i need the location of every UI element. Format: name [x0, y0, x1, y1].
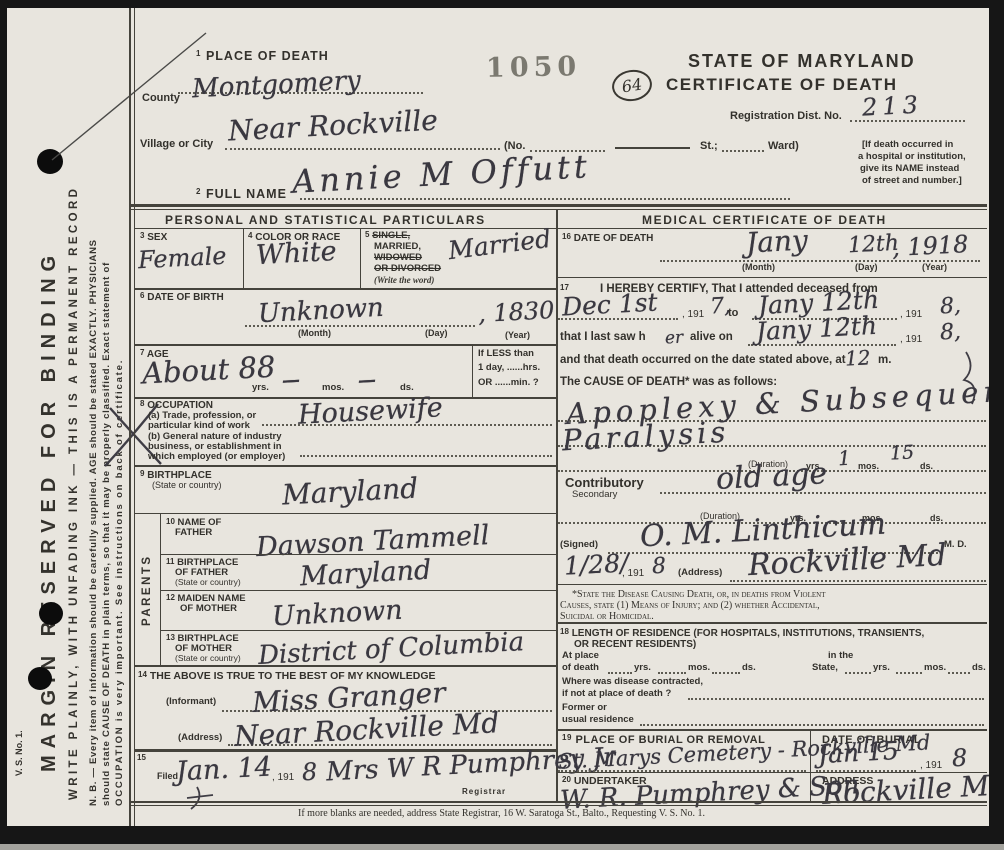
personal-title: PERSONAL AND STATISTICAL PARTICULARS [165, 214, 486, 227]
burial-num: 19 [562, 733, 572, 742]
village-st-line [722, 150, 764, 152]
contributory-value: old age [715, 459, 828, 495]
residence-title-1-text: LENGTH OF RESIDENCE (FOR HOSPITALS, INST… [572, 628, 925, 639]
dob-row-rule [135, 344, 557, 346]
parents-inner-divider [160, 513, 161, 665]
state-title: STATE OF MARYLAND [688, 52, 916, 72]
dod-year-label: (Year) [922, 263, 947, 273]
occupation-a2: particular kind of work [148, 421, 250, 431]
burial-date-value: Jan 15 [817, 738, 899, 767]
marital-num: 5 [365, 230, 369, 239]
res-contracted-1: Where was disease contracted, [562, 677, 703, 687]
birthplace-row-rule [135, 513, 557, 514]
sex-row-rule [135, 288, 557, 290]
county-label: County [142, 92, 180, 104]
fullname-value: Annie M Offutt [291, 150, 591, 198]
form-left-rule-inner [134, 8, 135, 828]
father-bp-row-rule [160, 590, 557, 591]
age-ds-dash: — [358, 372, 377, 391]
marital-single-text: SINGLE, [372, 230, 410, 241]
hospital-note-1: [If death occurred in [862, 140, 953, 150]
hospital-note-2: a hospital or institution, [858, 152, 966, 162]
residence-num: 18 [560, 627, 569, 636]
last-saw-pre: that I last saw h [560, 331, 646, 344]
punch-hole-bottom [28, 667, 52, 690]
age-less-divider [472, 344, 473, 397]
header-rule-thick [130, 204, 987, 207]
registrar-label: Registrar [462, 788, 506, 797]
occupation-b3: which employed (or employer) [148, 452, 285, 462]
last-saw-value: Jany 12th [755, 313, 877, 344]
duration1-mos: mos. [858, 462, 879, 472]
certify-to-label: to [728, 307, 738, 319]
res-in-the: in the [828, 651, 853, 661]
dob-num: 6 [140, 291, 144, 300]
md-label: M. D. [944, 540, 967, 550]
personal-title-rule [135, 228, 557, 229]
color-marital-divider [360, 228, 361, 288]
mother-maiden-l2: OF MOTHER [180, 604, 237, 614]
sex-label: 3 SEX [140, 232, 167, 243]
last-saw-her: er [665, 330, 684, 348]
sex-num: 3 [140, 231, 144, 240]
dob-year-value: , 1830 [477, 298, 554, 326]
birthplace-num: 9 [140, 469, 144, 478]
scan-outer-strip [0, 844, 1004, 850]
marital-divorced: OR DIVORCED [374, 264, 441, 274]
last-saw-post: alive on [690, 331, 733, 344]
sign-year-printed: , 191 [622, 568, 644, 579]
secondary-label: Secondary [572, 490, 617, 500]
duration1-ds-value: 15 [890, 443, 915, 463]
mother-bp-sub: (State or country) [175, 654, 241, 663]
informant-address-label: (Address) [178, 733, 222, 743]
registration-label: Registration Dist. No. [730, 110, 842, 122]
cause-footnote-1: *State the Disease Causing Death, or, in… [572, 589, 825, 600]
place-of-death-text: PLACE OF DEATH [206, 49, 329, 63]
father-name-value: Dawson Tammell [255, 522, 489, 561]
dob-year-label: (Year) [505, 331, 530, 341]
punch-hole-middle [39, 602, 63, 625]
color-value: White [255, 238, 337, 269]
margin-vs-no: V. S. No. 1. [14, 730, 24, 776]
form-bottom-rule-thin [130, 805, 987, 806]
cause-line-2: Paralysis [561, 418, 730, 456]
from-year-printed: , 191 [682, 309, 704, 320]
mother-maiden-num: 12 [166, 593, 175, 602]
occurred-label: and that death occurred on the date stat… [560, 354, 846, 367]
to-year-value: 8, [939, 295, 961, 318]
informant-label: (Informant) [166, 697, 216, 707]
signed-row-rule [557, 584, 987, 585]
res-former-2: usual residence [562, 715, 634, 725]
marital-note: (Write the word) [374, 275, 434, 285]
undertaker-num: 20 [562, 775, 571, 784]
fullname-text: FULL NAME [206, 187, 287, 201]
scan-edge-right [989, 0, 1004, 850]
village-value: Near Rockville [227, 107, 438, 146]
margin-nb-line3: OCCUPATION is very important. See instru… [114, 359, 125, 806]
scan-edge-left [0, 0, 7, 850]
occurred-value: 12 [844, 347, 870, 368]
age-mos-dash: — [282, 372, 301, 391]
res-state-yrs-line [845, 672, 871, 674]
dod-month-label: (Month) [742, 263, 775, 273]
burial-year-printed: , 191 [920, 760, 942, 771]
marital-value: Married [447, 226, 552, 263]
age-mos-label: mos. [322, 383, 344, 393]
dod-num: 16 [562, 232, 571, 241]
mother-maiden-value: Unknown [271, 597, 403, 631]
contributory-line [660, 492, 986, 494]
dob-text: DATE OF BIRTH [147, 292, 223, 303]
res-contracted-line [688, 698, 984, 700]
attest-num: 14 [138, 670, 147, 679]
occupation-value: Housewife [297, 394, 443, 429]
res-state-mos-line [896, 672, 922, 674]
last-year-value: 8, [939, 321, 961, 344]
serial-stamp: 1050 [486, 51, 582, 84]
cause-footnote-3: Suicidal or Homicidal. [560, 611, 654, 622]
margin-nb-line2: should state CAUSE OF DEATH in plain ter… [101, 262, 112, 806]
hospital-note-4: of street and number.] [862, 176, 962, 186]
certificate-title: CERTIFICATE OF DEATH [666, 76, 897, 95]
fullname-line [300, 198, 790, 200]
dod-row-rule [557, 277, 987, 278]
sex-color-divider [243, 228, 244, 288]
mother-bp-value: District of Columbia [258, 629, 525, 669]
age-less-1: If LESS than [478, 349, 534, 359]
scan-edge-top [0, 0, 1004, 8]
footer-note: If more blanks are needed, address State… [298, 808, 705, 819]
village-dash-line [615, 147, 690, 149]
age-less-2: 1 day, ......hrs. [478, 363, 540, 373]
marital-widowed: WIDOWED [374, 253, 422, 263]
res-contracted-2: if not at place of death ? [562, 689, 671, 699]
attended-from-value: Dec 1st [561, 290, 658, 320]
color-num: 4 [248, 231, 252, 240]
age-less-3: OR ......min. ? [478, 378, 539, 388]
scan-edge-bottom [0, 826, 1004, 844]
place-of-death-label: 1 PLACE OF DEATH [196, 50, 329, 64]
father-bp-sub: (State or country) [175, 578, 241, 587]
res-mos-line [658, 672, 686, 674]
res-former-line [640, 724, 984, 726]
sex-value: Female [137, 244, 227, 273]
father-num: 10 [166, 517, 175, 526]
punch-hole-top [37, 149, 63, 174]
dod-label: 16 DATE OF DEATH [562, 233, 653, 244]
footnote-bottom-rule [557, 622, 987, 624]
res-ds-label: ds. [742, 663, 756, 673]
dob-month-label: (Month) [298, 329, 331, 339]
parents-bottom-rule [135, 665, 557, 667]
circled-number: 64 [610, 67, 654, 104]
county-value: Montgomery [191, 68, 361, 103]
occupation-num: 8 [140, 399, 144, 408]
sign-address-label: (Address) [678, 568, 722, 578]
age-ds-label: ds. [400, 383, 414, 393]
res-state-ds: ds. [972, 663, 986, 673]
dod-year-value: , 1918 [891, 232, 968, 260]
res-ds-line [712, 672, 740, 674]
form-left-rule-outer [129, 8, 131, 828]
margin-nb-line1: N. B. — Every item of information should… [88, 239, 99, 806]
filed-year-value: 8 [301, 760, 318, 785]
mother-bp-num: 13 [166, 633, 175, 642]
header-rule-thin [130, 209, 987, 210]
res-state-mos: mos. [924, 663, 946, 673]
occurred-m-label: m. [878, 354, 891, 367]
father-bp-value: Maryland [299, 557, 432, 591]
res-state-ds-line [948, 672, 970, 674]
sex-text: SEX [147, 232, 167, 243]
marital-single: 5 SINGLE, [365, 231, 410, 241]
res-yrs-line [608, 672, 632, 674]
parents-label: PARENTS [141, 554, 154, 626]
res-mos-label: mos. [688, 663, 710, 673]
duration1-mos-value: 1 [837, 448, 851, 469]
residence-title-1: 18 LENGTH OF RESIDENCE (FOR HOSPITALS, I… [560, 628, 924, 639]
last-year-printed: , 191 [900, 334, 922, 345]
father-name-l2: FATHER [175, 528, 212, 538]
form-bottom-rule-thick [130, 801, 987, 803]
cause-footnote-2: Causes, state (1) Means of Injury; and (… [560, 600, 820, 611]
res-state-yrs: yrs. [873, 663, 890, 673]
father-bp-num: 11 [166, 557, 174, 566]
filed-year-printed: , 191 [272, 772, 294, 783]
margin-write-plainly: WRITE PLAINLY, WITH UNFADING INK — THIS … [68, 186, 80, 800]
res-former-1: Former or [562, 703, 607, 713]
age-yrs-label: yrs. [252, 383, 269, 393]
filed-label: Filed [157, 772, 178, 782]
residence-at-place-1: At place [562, 651, 599, 661]
occupation-row-rule [135, 465, 557, 467]
occupation-b-line [300, 455, 552, 457]
sign-address-value: Rockville Md [747, 541, 947, 581]
village-ward-label: Ward) [768, 140, 799, 152]
fullname-label: 2 FULL NAME [196, 188, 287, 202]
res-state-label: State, [812, 663, 838, 673]
residence-at-place-2: of death [562, 663, 599, 673]
res-yrs-label: yrs. [634, 663, 651, 673]
column-divider [556, 209, 558, 801]
dob-value: Unknown [257, 295, 384, 328]
residence-title-2: OR RECENT RESIDENTS) [574, 639, 696, 650]
death-certificate-scan: V. S. No. 1. MARGIN RESERVED FOR BINDING… [0, 0, 1004, 850]
duration1-ds: ds. [920, 462, 933, 472]
birthplace-sub: (State or country) [152, 481, 222, 491]
signed-label: (Signed) [560, 540, 598, 550]
dob-day-label: (Day) [425, 329, 448, 339]
dob-label: 6 DATE OF BIRTH [140, 292, 224, 303]
village-st-label: St.; [700, 140, 718, 152]
father-row-rule [160, 554, 557, 555]
filed-num: 15 [137, 754, 146, 763]
dod-month-value: Jany [745, 226, 808, 257]
village-label: Village or City [140, 138, 213, 150]
dod-text: DATE OF DEATH [574, 233, 654, 244]
sign-date-value: 1/28/ [563, 550, 629, 578]
birthplace-value: Maryland [281, 474, 418, 509]
margin-binding-notice: MARGIN RESERVED FOR BINDING [38, 249, 61, 772]
village-line [225, 148, 500, 150]
fullname-num: 2 [196, 187, 201, 196]
burial-year-value: 8 [951, 746, 968, 771]
duration2-ds: ds. [930, 514, 943, 524]
marital-married: MARRIED, [374, 242, 421, 252]
registration-value: 213 [861, 92, 923, 119]
filed-date-value: Jan. 14 [175, 754, 272, 786]
sign-year-value: 8 [651, 556, 666, 579]
to-year-printed: , 191 [900, 309, 922, 320]
hospital-note-3: give its NAME instead [860, 164, 959, 174]
place-of-death-num: 1 [196, 49, 201, 58]
dod-day-label: (Day) [855, 263, 878, 273]
